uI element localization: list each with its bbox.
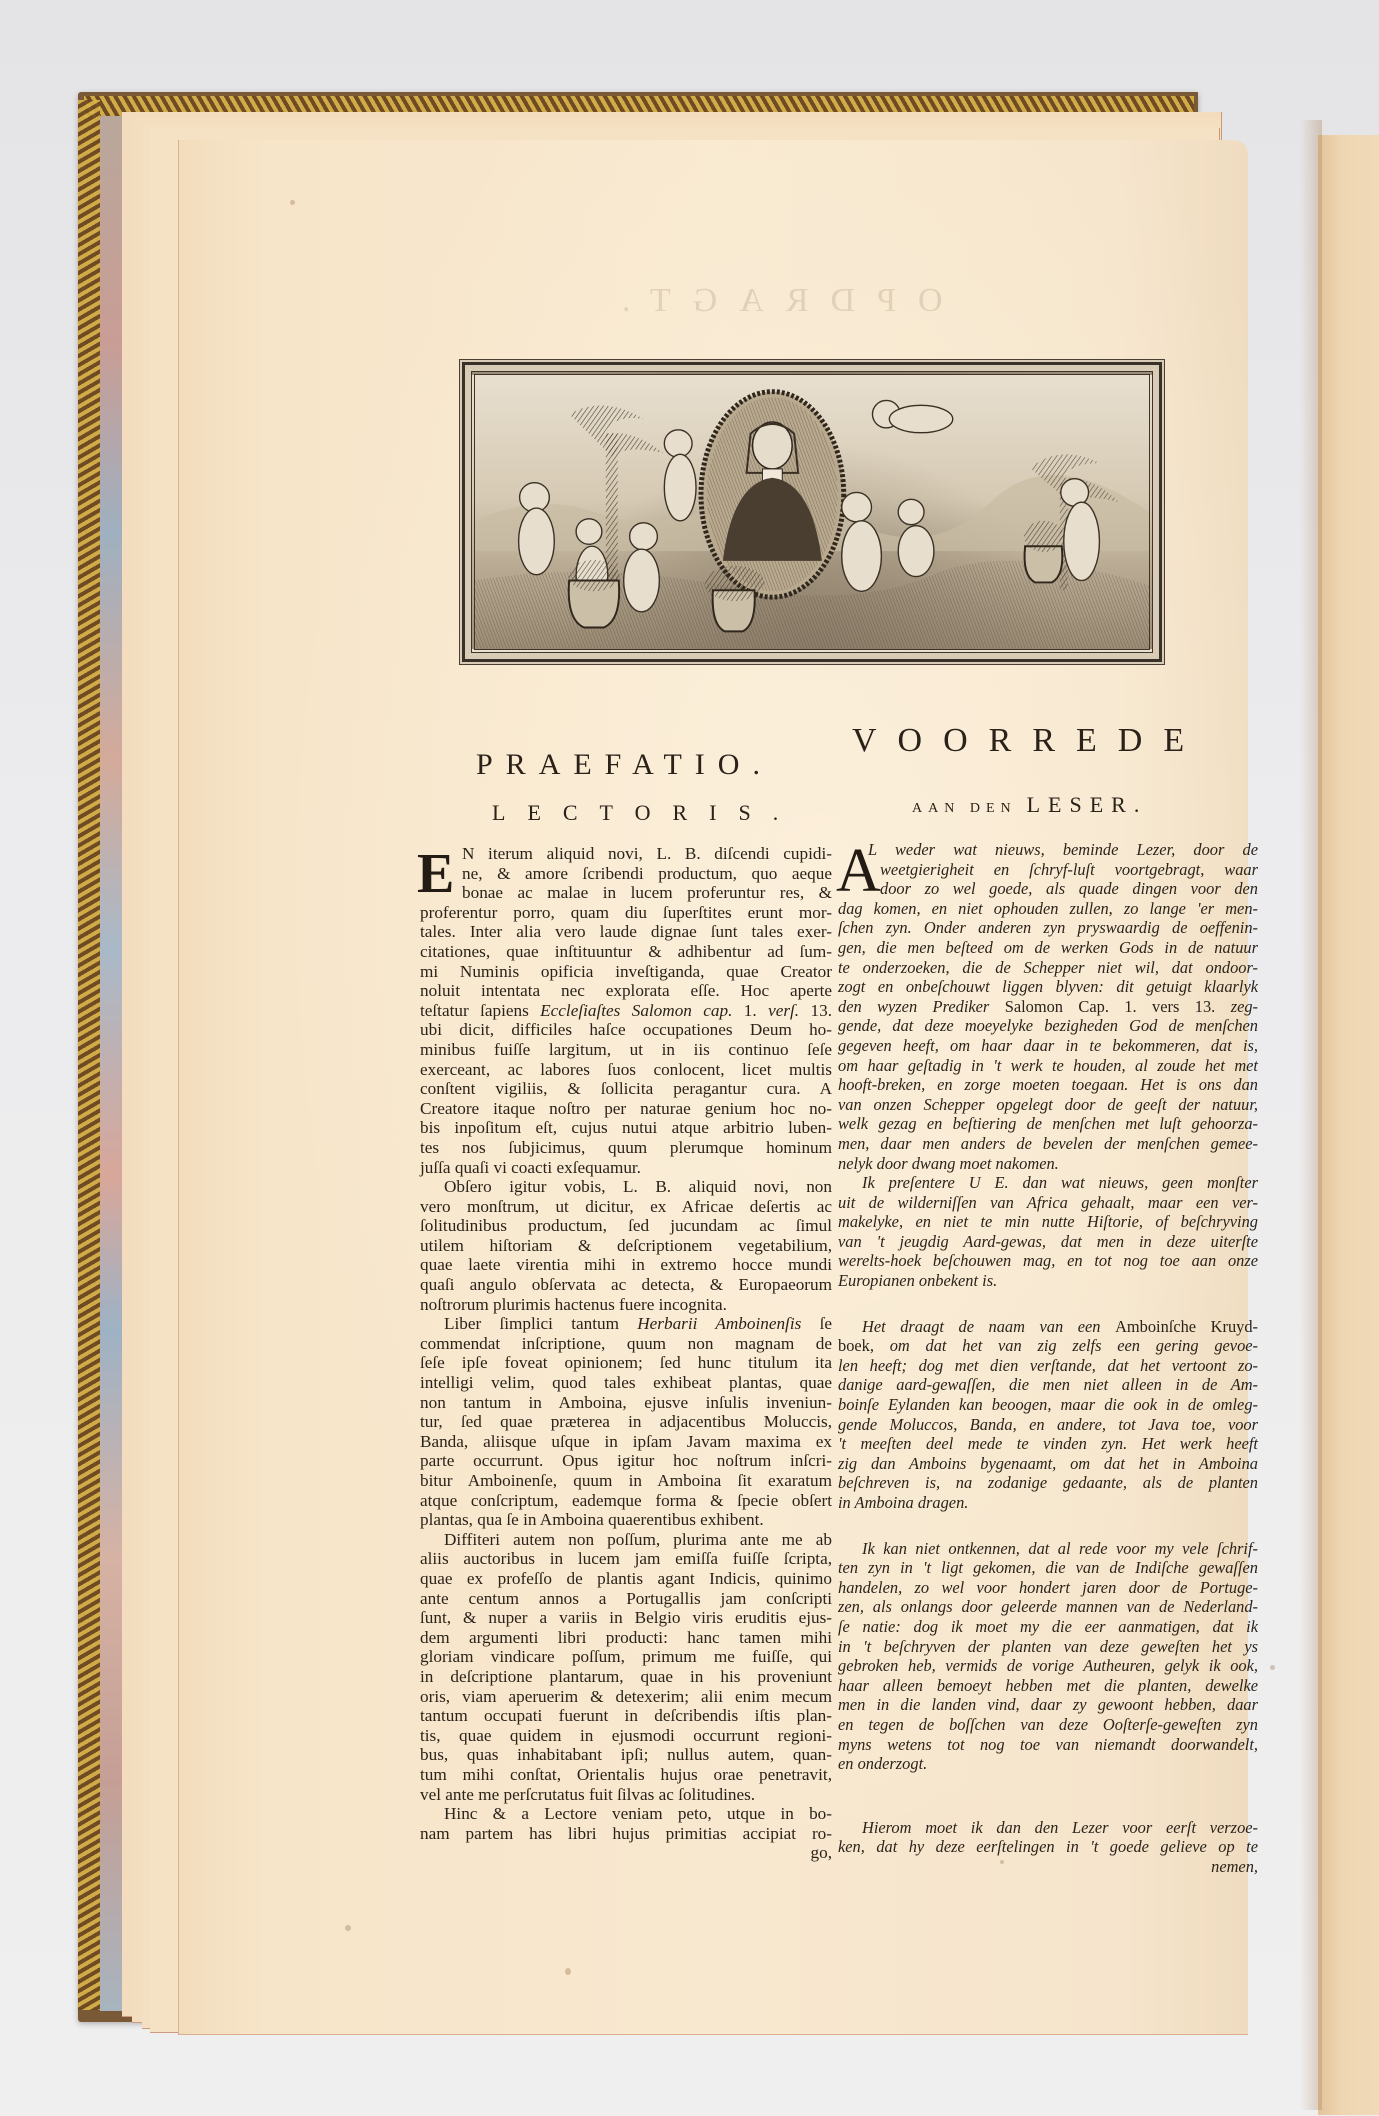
text-line: tes nos ſubjicimus, quum plerumque homin… xyxy=(420,1138,832,1158)
text-line: werelts-hoek beſchouwen mag, en tot nog … xyxy=(838,1251,1258,1271)
text-line: bonae ac malae in lucem proferuntur res,… xyxy=(420,883,832,903)
text-fragment: , om dat het van zig zelfs een gering ge… xyxy=(870,1336,1258,1355)
text-line: vero monſtrum, ut dicitur, ex Africae de… xyxy=(420,1197,832,1217)
text-line: minibus fuiſſe largitum, ut in iis conti… xyxy=(420,1040,832,1060)
text-line: ubi dicit, difficiles haſce occupationes… xyxy=(420,1020,832,1040)
italic-citation: Eccleſiaſtes Salomon cap. xyxy=(540,1001,732,1020)
text-line: handelen, zo wel voor hondert jaren door… xyxy=(838,1578,1258,1598)
text-line: Diffiteri autem non poſſum, plurima ante… xyxy=(420,1530,832,1550)
italic-citation: verſ. xyxy=(768,1001,799,1020)
text-line: 't meeſten deel mede te vinden zyn. Het … xyxy=(838,1434,1258,1454)
text-line: ſchen zyn. Onder anderen zyn pryswaardig… xyxy=(838,918,1258,938)
text-line: bitur Amboinenſe, quum in Amboina ſit ex… xyxy=(420,1471,832,1491)
text-line: zogt en onbeſchouwt liggen blyven: dit g… xyxy=(838,977,1258,997)
text-line: tales. Inter alia vero laude dignae ſunt… xyxy=(420,922,832,942)
text-line: den wyzen Prediker Salomon Cap. 1. vers … xyxy=(838,997,1258,1017)
text-line: conſtent vigiliis, & ſollicita peragantu… xyxy=(420,1079,832,1099)
text-line: dem argumenti libri producti: hanc tamen… xyxy=(420,1628,832,1648)
text-line: men, daar men anders de bevelen der menſ… xyxy=(838,1134,1258,1154)
latin-subtitle: LECTORIS. xyxy=(492,800,800,826)
text-line: gende, dat deze moeyelyke bezigheden God… xyxy=(838,1016,1258,1036)
text-line: aliis auctoribus in lucem jam emiſſa fui… xyxy=(420,1549,832,1569)
text-line: tum mihi conſtat, Orientalis hujus orae … xyxy=(420,1765,832,1785)
latin-text-column: N iterum aliquid novi, L. B. diſcendi cu… xyxy=(420,844,832,1863)
foxing-spot xyxy=(565,1968,571,1975)
text-line: len heeft; dog met dien verſtande, dat h… xyxy=(838,1356,1258,1376)
text-line: parte occurrunt. Opus igitur hoc noſtrum… xyxy=(420,1451,832,1471)
text-line: tis, quae quidem in ejusmodi occurrunt r… xyxy=(420,1726,832,1746)
text-line: makelyke, en niet te min nutte Hiſtorie,… xyxy=(838,1212,1258,1232)
text-line: tantum occupati fuerunt in deſcribendis … xyxy=(420,1706,832,1726)
dutch-subtitle: AAN DENLESER. xyxy=(912,792,1147,818)
bleed-through-text: OPDRAGT. xyxy=(600,282,943,320)
text-line: om haar geſtadig in 't werk te houden, a… xyxy=(838,1056,1258,1076)
text-line: danige aard-gewaſſen, die men niet allee… xyxy=(838,1375,1258,1395)
text-line: non tantum in Amboina, ejusve inſulis in… xyxy=(420,1393,832,1413)
text-line: intelligi velim, quod tales exhibeat pla… xyxy=(420,1373,832,1393)
text-line: gende Moluccos, Banda, en andere, tot Ja… xyxy=(838,1415,1258,1435)
text-line: zig dan Amboins bygenaamt, om dat het in… xyxy=(838,1454,1258,1474)
text-line: exerceant, ac labores ſuos conlocent, li… xyxy=(420,1060,832,1080)
latin-title: PRAEFATIO. xyxy=(476,748,773,782)
text-line: Creatore itaque noſtro per naturae geniu… xyxy=(420,1099,832,1119)
text-line: quae ex profeſſo de plantis agant Indici… xyxy=(420,1569,832,1589)
text-line: in 't beſchryven der planten van deze ge… xyxy=(838,1637,1258,1657)
text-line: mi Numinis opificia inveſtiganda, quae C… xyxy=(420,962,832,982)
text-fragment: Het draagt de naam van een xyxy=(862,1317,1115,1336)
text-line: plantas, qua ſe in Amboina quaerentibus … xyxy=(420,1510,832,1530)
text-line: citationes, quae inſtituuntur & adhibent… xyxy=(420,942,832,962)
upright-citation: Salomon Cap. 1. vers 13. xyxy=(1005,997,1216,1016)
upright-book-title: Amboinſche Kruyd- xyxy=(1115,1317,1258,1336)
text-line: ſe natie: dog ik moet my die eer aanmati… xyxy=(838,1617,1258,1637)
text-line: quae laete virentia mihi in extremo hocc… xyxy=(420,1255,832,1275)
text-line: dag komen, en niet ophouden zullen, zo l… xyxy=(838,899,1258,919)
text-line: weetgierigheit en ſchryf-luſt voortgebra… xyxy=(838,860,1258,880)
paragraph-gap xyxy=(838,1513,1258,1539)
text-line: vel ante me perſcrutatus fuit ſilvas ac … xyxy=(420,1785,832,1805)
text-fragment: ſe xyxy=(801,1314,832,1333)
text-line: noſtrorum plurimis hactenus fuere incogn… xyxy=(420,1295,832,1315)
text-line: gen, die men beſteed om de werken Gods i… xyxy=(838,938,1258,958)
text-line: tur, ſed quae præterea in adjacentibus M… xyxy=(420,1412,832,1432)
text-line: Ik preſentere U E. dan wat nieuws, geen … xyxy=(838,1173,1258,1193)
text-line: Europianen onbekent is. xyxy=(838,1271,1258,1291)
facing-page-edge xyxy=(1318,135,1379,2115)
text-fragment: Liber ſimplici tantum xyxy=(444,1314,637,1333)
gilt-tooled-border-left xyxy=(78,100,100,2010)
foxing-spot xyxy=(345,1925,351,1931)
text-line: utilem hiſtoriam & deſcriptionem vegetab… xyxy=(420,1236,832,1256)
text-line: atque conſcriptum, eademque forma & ſpec… xyxy=(420,1491,832,1511)
text-line: door zo wel goede, als quade dingen voor… xyxy=(838,879,1258,899)
text-line: ne, & amore ſcribendi productum, quo aeq… xyxy=(420,864,832,884)
text-fragment: 1. xyxy=(732,1001,768,1020)
marbled-endpaper-edge xyxy=(100,116,124,2011)
foxing-spot xyxy=(1270,1665,1275,1670)
paragraph-gap xyxy=(838,1774,1258,1818)
text-line: oris, viam aperuerim & detexerim; alii e… xyxy=(420,1687,832,1707)
text-line: Het draagt de naam van een Amboinſche Kr… xyxy=(838,1317,1258,1337)
text-line: welk gezag en beſtiering de menſchen met… xyxy=(838,1114,1258,1134)
text-line: Liber ſimplici tantum Herbarii Amboinenſ… xyxy=(420,1314,832,1334)
engraving-image xyxy=(471,371,1153,653)
text-line: myns wetens tot nog toe van niemandt doo… xyxy=(838,1735,1258,1755)
text-line: van 't jeugdig Aard-gewas, dat men in de… xyxy=(838,1232,1258,1252)
text-line: boinſe Eylanden kan beoogen, maar die oo… xyxy=(838,1395,1258,1415)
text-line: ante centum annos a Portugallis jam conſ… xyxy=(420,1589,832,1609)
text-fragment: zeg- xyxy=(1215,997,1258,1016)
text-line: ſunt, & nuper a variis in Belgio viris e… xyxy=(420,1608,832,1628)
paragraph-gap xyxy=(838,1291,1258,1317)
engraving-illustration xyxy=(475,375,1149,649)
dutch-title: VOORREDE xyxy=(852,722,1205,760)
text-line: en onderzogt. xyxy=(838,1754,1258,1774)
text-line: nam partem has libri hujus primitias acc… xyxy=(420,1824,832,1844)
text-line: beſchreven is, na zodanige gedaante, als… xyxy=(838,1473,1258,1493)
text-line: boek, om dat het van zig zelfs een gerin… xyxy=(838,1336,1258,1356)
text-line: Banda, aliisque uſque in ipſam Javam max… xyxy=(420,1432,832,1452)
foxing-spot xyxy=(290,200,295,205)
text-line: ſeſe ipſe foveat opinionem; ſed hunc tit… xyxy=(420,1353,832,1373)
text-fragment: 13. xyxy=(799,1001,832,1020)
text-line: van onzen Schepper opgelegt door de geeſ… xyxy=(838,1095,1258,1115)
text-line: ken, dat hy deze eerſtelingen in 't goed… xyxy=(838,1837,1258,1857)
text-line: in deſcriptione plantarum, quae in his p… xyxy=(420,1667,832,1687)
text-line: nelyk door dwang moet nakomen. xyxy=(838,1154,1258,1174)
dutch-subtitle-large: LESER. xyxy=(1027,792,1148,817)
text-line: Obſero igitur vobis, L. B. aliquid novi,… xyxy=(420,1177,832,1197)
text-line: men in die landen vind, daar zy gewoont … xyxy=(838,1695,1258,1715)
open-book: OPDRAGT. xyxy=(0,0,1379,2116)
text-line: N iterum aliquid novi, L. B. diſcendi cu… xyxy=(420,844,832,864)
catchword: nemen, xyxy=(838,1857,1258,1877)
text-line: haar alleen bemoeyt hebben met die plant… xyxy=(838,1676,1258,1696)
text-line: uit de wilderniſſen van Africa gehaalt, … xyxy=(838,1193,1258,1213)
catchword: go, xyxy=(420,1843,832,1863)
text-line: proferentur porro, quam diu ſuperſtites … xyxy=(420,903,832,923)
text-line: Hinc & a Lectore veniam peto, utque in b… xyxy=(420,1804,832,1824)
text-line: bis inpoſitum eſt, cujus nutui atque arb… xyxy=(420,1118,832,1138)
dutch-subtitle-small: AAN DEN xyxy=(912,801,1017,816)
text-line: Hierom moet ik dan den Lezer voor eerſt … xyxy=(838,1818,1258,1838)
text-line: ſolitudinibus productum, ſed jucundam ac… xyxy=(420,1216,832,1236)
text-line: te onderzoeken, die de Schepper niet wil… xyxy=(838,958,1258,978)
text-line: en tegen de boſſchen van deze Ooſterſe-g… xyxy=(838,1715,1258,1735)
text-line: teſtatur ſapiens Eccleſiaſtes Salomon ca… xyxy=(420,1001,832,1021)
text-line: noluit intentata nec explorata eſſe. Hoc… xyxy=(420,981,832,1001)
text-line: in Amboina dragen. xyxy=(838,1493,1258,1513)
dutch-text-column: L weder wat nieuws, beminde Lezer, door … xyxy=(838,840,1258,1877)
italic-book-title: Herbarii Amboinenſis xyxy=(637,1314,801,1333)
text-line: zen, als onlangs door geleerde mannen va… xyxy=(838,1597,1258,1617)
text-line: gegeven heeft, om haar daar in te bekomm… xyxy=(838,1036,1258,1056)
text-fragment: teſtatur ſapiens xyxy=(420,1001,540,1020)
text-fragment: den wyzen Prediker xyxy=(838,997,1005,1016)
text-line: gebroken heb, vermids de vorige Autheure… xyxy=(838,1656,1258,1676)
text-line: ten zyn in 't ligt gekomen, die van de I… xyxy=(838,1558,1258,1578)
text-line: commendat inſcriptione, quum non magnam … xyxy=(420,1334,832,1354)
text-line: bus, quas inhabitabant ipſi; nullus aute… xyxy=(420,1745,832,1765)
gutter-shadow xyxy=(1300,120,1322,2110)
text-line: hooft-breken, en zorge moeten toegaan. H… xyxy=(838,1075,1258,1095)
text-line: juſſa quaſi vi coacti exſequamur. xyxy=(420,1158,832,1178)
text-line: gloriam vindicare poſſum, primum me fuiſ… xyxy=(420,1647,832,1667)
text-line: L weder wat nieuws, beminde Lezer, door … xyxy=(838,840,1258,860)
text-line: Ik kan niet ontkennen, dat al rede voor … xyxy=(838,1539,1258,1559)
upright-book-title: boek xyxy=(838,1336,870,1355)
engraved-headpiece xyxy=(462,362,1162,662)
text-line: quaſi angulo obſervata ac detecta, & Eur… xyxy=(420,1275,832,1295)
